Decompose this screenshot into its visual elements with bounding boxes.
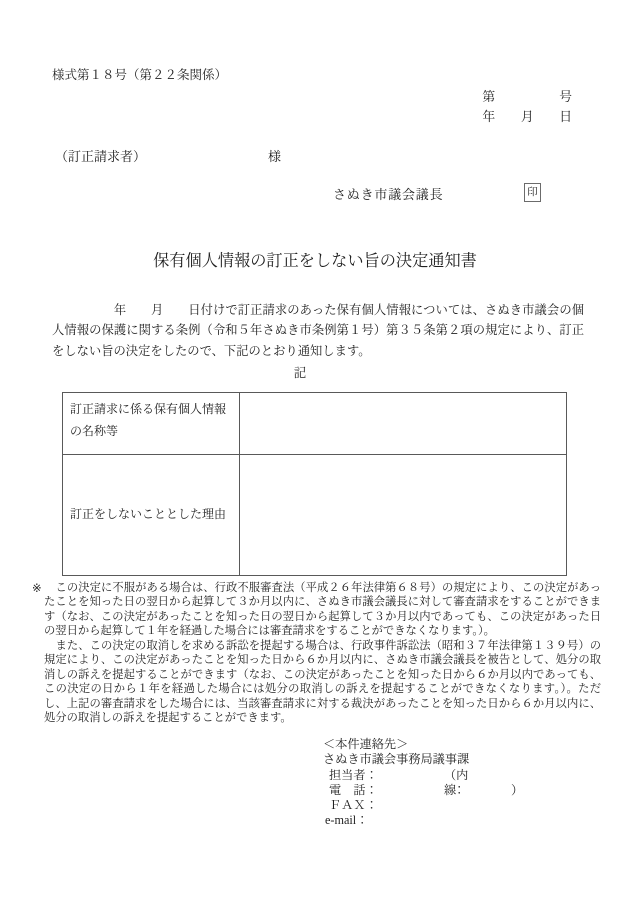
details-table: 訂正請求に係る保有個人情報 の名称等 訂正をしないこととした理由 bbox=[62, 392, 567, 576]
phone-label: 電 話： bbox=[329, 783, 378, 797]
contact-staff-row: 担当者： （内線： ） bbox=[329, 768, 469, 783]
contact-section: ＜本件連絡先＞ さぬき市議会事務局議事課 担当者： （内線： ） 電 話： ＦＡ… bbox=[323, 737, 469, 829]
note-marker: ※ bbox=[32, 582, 41, 596]
note-paragraph-appeal: この決定に不服がある場合は、行政不服審査法（平成２６年法律第６８号）の規定により… bbox=[44, 581, 601, 639]
staff-label: 担当者： bbox=[329, 768, 378, 782]
seal-stamp: 印 bbox=[524, 183, 541, 202]
date-line: 年 月 日 bbox=[482, 106, 572, 125]
row-value-reason bbox=[240, 455, 567, 576]
contact-phone-row: 電 話： bbox=[329, 783, 469, 798]
note-paragraph-lawsuit: また、この決定の取消しを求める訴訟を提起する場合は、行政事件訴訟法（昭和３７年法… bbox=[44, 639, 601, 726]
contact-department: さぬき市議会事務局議事課 bbox=[323, 752, 469, 767]
row-label-held-info-name: 訂正請求に係る保有個人情報 の名称等 bbox=[63, 393, 240, 455]
document-number-line: 第 号 bbox=[482, 86, 572, 105]
body-paragraph: 年 月 日付けで訂正請求のあった保有個人情報については、さぬき市議会の個人情報の… bbox=[52, 300, 584, 361]
document-title: 保有個人情報の訂正をしない旨の決定通知書 bbox=[0, 247, 630, 271]
fax-label: ＦＡＸ： bbox=[329, 798, 378, 812]
record-marker: 記 bbox=[0, 363, 600, 381]
table-row: 訂正をしないこととした理由 bbox=[63, 455, 567, 576]
row-value-held-info-name bbox=[240, 393, 567, 455]
contact-header: ＜本件連絡先＞ bbox=[323, 737, 469, 752]
addressee-honorific: 様 bbox=[268, 146, 281, 165]
contact-fax-row: ＦＡＸ： bbox=[329, 798, 469, 813]
table-row: 訂正請求に係る保有個人情報 の名称等 bbox=[63, 393, 567, 455]
form-number: 様式第１８号（第２２条関係） bbox=[52, 65, 227, 83]
document-page: 様式第１８号（第２２条関係） 第 号 年 月 日 （訂正請求者） 様 さぬき市議… bbox=[0, 0, 630, 903]
addressee-label: （訂正請求者） bbox=[55, 146, 146, 165]
contact-email-row: e-mail： bbox=[325, 813, 469, 828]
row-label-reason: 訂正をしないこととした理由 bbox=[63, 455, 240, 576]
email-label: e-mail： bbox=[325, 813, 368, 827]
sender-name: さぬき市議会議長 bbox=[333, 184, 443, 203]
note-section: ※ この決定に不服がある場合は、行政不服審査法（平成２６年法律第６８号）の規定に… bbox=[44, 581, 601, 726]
